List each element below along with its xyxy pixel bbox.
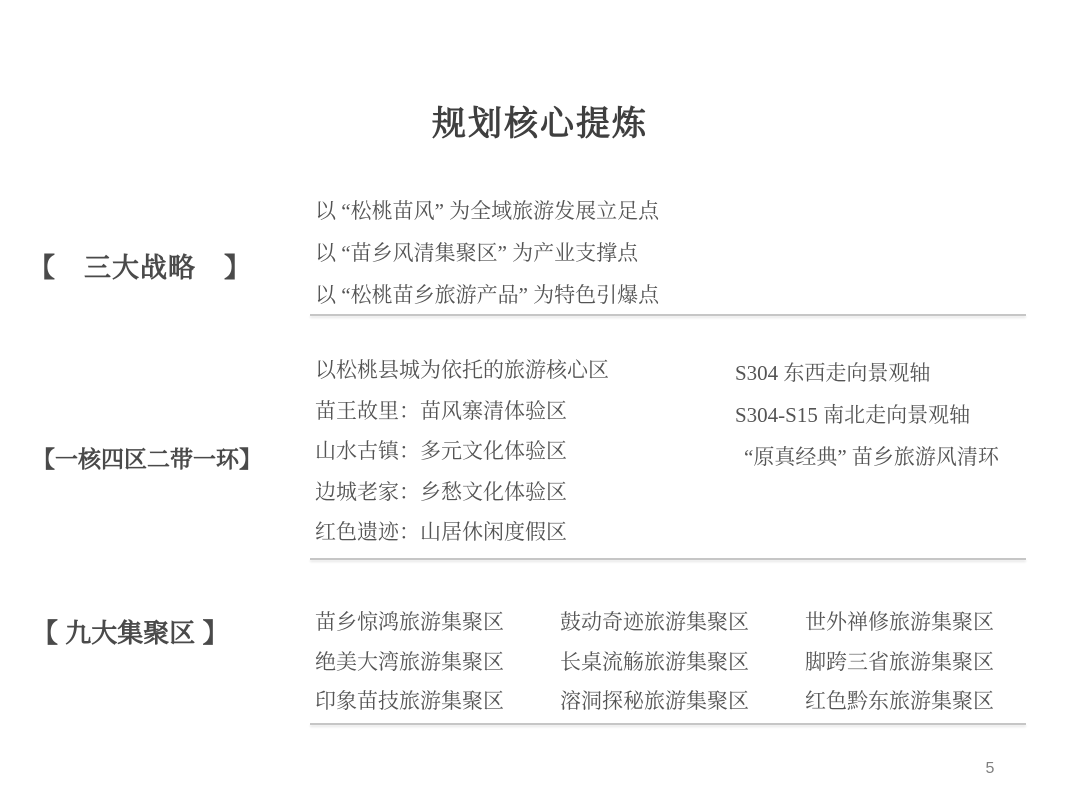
section-label-nine-clusters: 【 九大集聚区 】	[32, 613, 228, 650]
cluster-item: 苗乡惊鸿旅游集聚区	[315, 603, 560, 643]
zone-item: 红色遗迹：山居休闲度假区	[315, 512, 609, 553]
cluster-item: 印象苗技旅游集聚区	[315, 682, 560, 722]
page-number: 5	[975, 760, 1005, 778]
zone-item: 以松桃县城为依托的旅游核心区	[315, 350, 609, 391]
strategy-item: 以 “松桃苗风” 为全域旅游发展立足点	[315, 190, 659, 232]
cluster-item: 鼓动奇迹旅游集聚区	[560, 603, 805, 643]
axis-item: “原真经典” 苗乡旅游风清环	[744, 436, 999, 478]
cluster-item: 世外禅修旅游集聚区	[805, 603, 1025, 643]
zone-item: 边城老家：乡愁文化体验区	[315, 472, 609, 513]
strategy-list: 以 “松桃苗风” 为全域旅游发展立足点 以 “苗乡风清集聚区” 为产业支撑点 以…	[315, 190, 659, 316]
zone-item: 苗王故里：苗风寨清体验区	[315, 391, 609, 432]
zone-item: 山水古镇：多元文化体验区	[315, 431, 609, 472]
strategy-item: 以 “松桃苗乡旅游产品” 为特色引爆点	[315, 274, 659, 316]
slide-title: 规划核心提炼	[0, 96, 1080, 145]
section-divider	[310, 723, 1026, 725]
cluster-item: 长桌流觞旅游集聚区	[560, 643, 805, 683]
section-label-three-strategies: 【 三大战略 】	[28, 246, 252, 285]
strategy-item: 以 “苗乡风清集聚区” 为产业支撑点	[315, 232, 659, 274]
cluster-item: 脚跨三省旅游集聚区	[805, 643, 1025, 683]
cluster-grid: 苗乡惊鸿旅游集聚区 鼓动奇迹旅游集聚区 世外禅修旅游集聚区 绝美大湾旅游集聚区 …	[315, 603, 1025, 722]
axis-list: S304 东西走向景观轴 S304-S15 南北走向景观轴 “原真经典” 苗乡旅…	[735, 352, 999, 478]
cluster-item: 绝美大湾旅游集聚区	[315, 643, 560, 683]
cluster-item: 溶洞探秘旅游集聚区	[560, 682, 805, 722]
axis-item: S304-S15 南北走向景观轴	[735, 394, 999, 436]
section-label-core-zones: 【一核四区二带一环】	[32, 441, 262, 474]
axis-item: S304 东西走向景观轴	[735, 352, 999, 394]
slide: 规划核心提炼 【 三大战略 】 以 “松桃苗风” 为全域旅游发展立足点 以 “苗…	[0, 0, 1080, 810]
cluster-item: 红色黔东旅游集聚区	[805, 682, 1025, 722]
section-divider	[310, 314, 1026, 316]
section-divider	[310, 558, 1026, 560]
zone-list: 以松桃县城为依托的旅游核心区 苗王故里：苗风寨清体验区 山水古镇：多元文化体验区…	[315, 350, 609, 553]
